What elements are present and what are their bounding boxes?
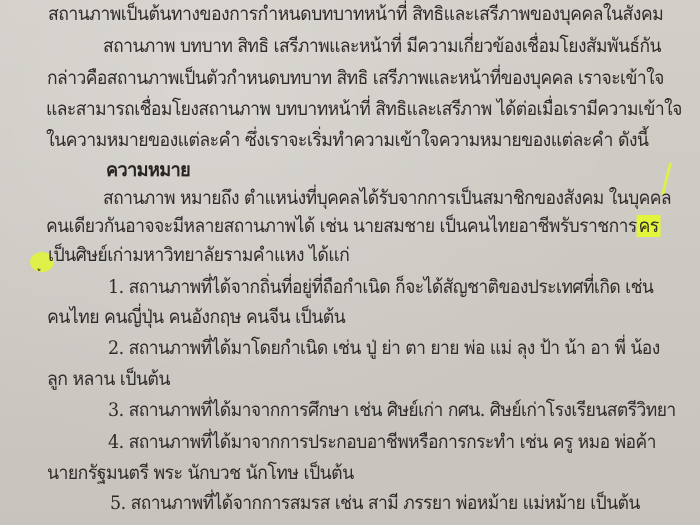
paragraph-line: สถานภาพ บทบาท สิทธิ เสรีภาพและหน้าที่ มี…: [103, 34, 661, 58]
highlighted-text: คร: [637, 215, 661, 237]
list-item-2: 2. สถานภาพที่ได้มาโดยกำเนิด เช่น ปู่ ย่า…: [108, 336, 660, 360]
list-item-1: 1. สถานภาพที่ได้จากถิ่นที่อยู่ที่ถือกำเน…: [108, 275, 653, 299]
definition-line: เป็นศิษย์เก่ามหาวิทยาลัยรามคำแหง ได้แก่: [48, 243, 349, 267]
book-page-photo: สถานภาพเป็นต้นทางของการกำหนดบทบาทหน้าที่…: [0, 0, 700, 525]
list-item-5: 5. สถานภาพที่ได้จากการสมรส เช่น สามี ภรร…: [110, 491, 640, 515]
list-item-1-cont: คนไทย คนญี่ปุ่น คนอังกฤษ คนจีน เป็นต้น: [47, 305, 345, 329]
list-item-4: 4. สถานภาพที่ได้มาจากการประกอบอาชีพหรือก…: [108, 430, 656, 454]
list-item-3: 3. สถานภาพที่ได้มาจากการศึกษา เช่น ศิษย์…: [108, 398, 676, 422]
definition-line: คนเดียวกันอาจจะมีหลายสถานภาพได้ เช่น นาย…: [46, 214, 660, 238]
definition-line: สถานภาพ หมายถึง ตำแหน่งที่บุคคลได้รับจาก…: [103, 186, 671, 210]
paragraph-line: ในความหมายของแต่ละคำ ซึ่งเราจะเริ่มทำควา…: [46, 128, 648, 152]
paragraph-line: สถานภาพเป็นต้นทางของการกำหนดบทบาทหน้าที่…: [48, 2, 663, 26]
list-item-2-cont: ลูก หลาน เป็นต้น: [47, 367, 170, 391]
definition-text: คนเดียวกันอาจจะมีหลายสถานภาพได้ เช่น นาย…: [46, 215, 637, 237]
paragraph-line: กล่าวคือสถานภาพเป็นตัวกำหนดบทบาท สิทธิ เ…: [47, 66, 664, 90]
section-heading: ความหมาย: [106, 158, 190, 182]
list-item-4-cont: นายกรัฐมนตรี พระ นักบวช นักโทษ เป็นต้น: [47, 461, 354, 485]
paragraph-line: และสามารถเชื่อมโยงสถานภาพ บทบาทหน้าที่ ส…: [46, 97, 682, 121]
